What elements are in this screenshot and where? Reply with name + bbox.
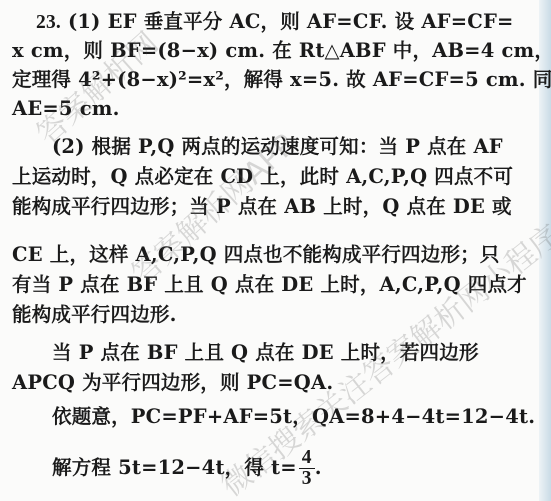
part1-line-4: AE=5 cm. <box>12 95 120 123</box>
final-prefix: 解方程 5t=12−4t，得 t= <box>52 456 297 479</box>
part1-line-1: EF 垂直平分 AC，则 AF=CF. 设 AF=CF= <box>108 10 514 33</box>
problem-header-line: 23. (1) EF 垂直平分 AC，则 AF=CF. 设 AF=CF= <box>36 8 514 37</box>
part2-line-4: CE 上，这样 A,C,P,Q 四点也不能构成平行四边形；只 <box>12 241 500 269</box>
part2-label: (2) <box>52 135 85 158</box>
final-suffix: . <box>315 456 322 479</box>
part2-line-2: 上运动时，Q 点必定在 CD 上，此时 A,C,P,Q 四点不可 <box>12 163 513 191</box>
fraction-numerator: 4 <box>299 448 315 469</box>
part2-line-6: 能构成平行四边形. <box>12 301 177 329</box>
fraction-denominator: 3 <box>299 469 315 489</box>
part2-line-9: 依题意，PC=PF+AF=5t，QA=8+4−4t=12−4t. <box>52 403 535 431</box>
part1-line-3: 定理得 4²+(8−x)²=x²，解得 x=5. 故 AF=CF=5 cm. 同… <box>12 66 551 94</box>
final-equation-line: 解方程 5t=12−4t，得 t=43. <box>52 448 322 489</box>
problem-number: 23. <box>36 12 61 33</box>
fraction: 43 <box>299 448 315 489</box>
part2-line-8: APCQ 为平行四边形，则 PC=QA. <box>12 369 333 397</box>
part2-line-3: 能构成平行四边形；当 P 点在 AB 上时，Q 点在 DE 或 <box>12 193 512 221</box>
part2-line-5: 有当 P 点在 BF 上且 Q 点在 DE 上时，A,C,P,Q 四点才 <box>12 271 527 299</box>
part1-line-2: x cm，则 BF=(8−x) cm. 在 Rt△ABF 中，AB=4 cm，由… <box>12 37 551 65</box>
part2-line-7: 当 P 点在 BF 上且 Q 点在 DE 上时，若四边形 <box>52 339 479 367</box>
part1-label: (1) <box>68 10 101 33</box>
part2-line-1: (2) 根据 P,Q 两点的运动速度可知：当 P 点在 AF <box>52 133 503 161</box>
